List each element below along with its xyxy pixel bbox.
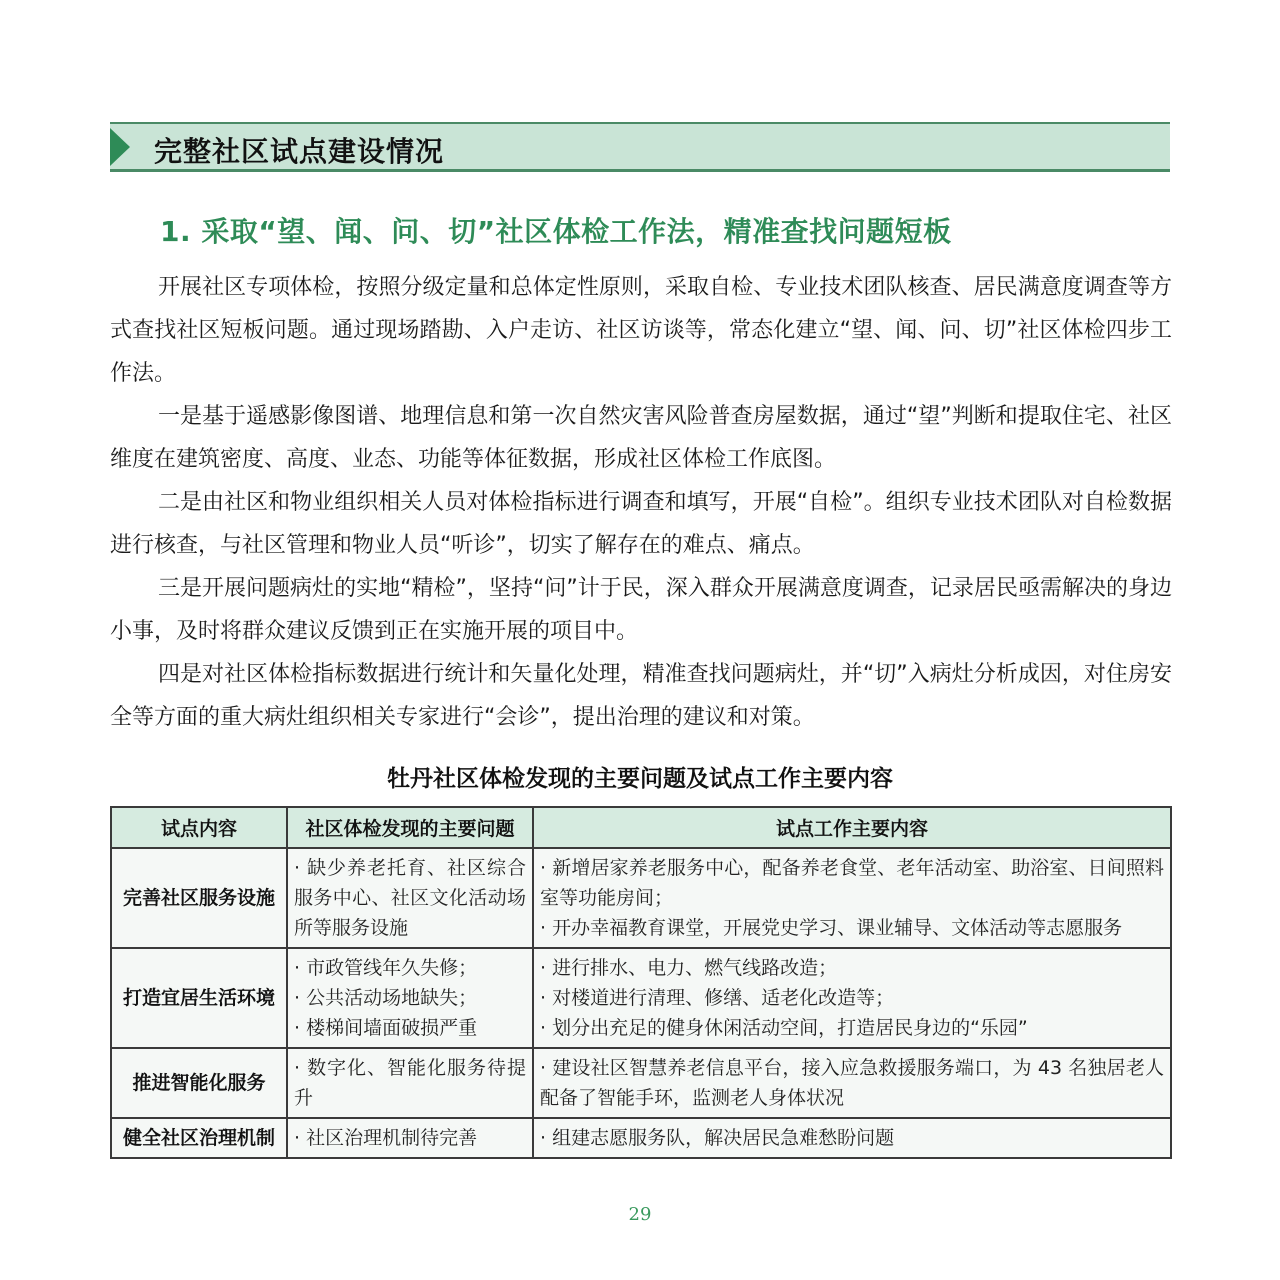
table-row: 完善社区服务设施 · 缺少养老托育、社区综合服务中心、社区文化活动场所等服务设施… [111, 848, 1171, 948]
work-line: · 对楼道进行清理、修缮、适老化改造等； [540, 983, 1164, 1013]
cell-item: 推进智能化服务 [111, 1048, 287, 1118]
issue-line: · 市政管线年久失修； [294, 953, 526, 983]
section-banner: 完整社区试点建设情况 [110, 122, 1170, 172]
work-line: · 组建志愿服务队，解决居民急难愁盼问题 [540, 1123, 1164, 1153]
cell-work: · 组建志愿服务队，解决居民急难愁盼问题 [533, 1118, 1171, 1158]
subheading: 1. 采取“望、闻、问、切”社区体检工作法，精准查找问题短板 [160, 210, 952, 250]
cell-work: · 新增居家养老服务中心，配备养老食堂、老年活动室、助浴室、日间照料室等功能房间… [533, 848, 1171, 948]
cell-item: 完善社区服务设施 [111, 848, 287, 948]
cell-work: · 建设社区智慧养老信息平台，接入应急救援服务端口，为 43 名独居老人配备了智… [533, 1048, 1171, 1118]
work-line: · 开办幸福教育课堂，开展党史学习、课业辅导、文体活动等志愿服务 [540, 913, 1164, 943]
table-row: 推进智能化服务 · 数字化、智能化服务待提升 · 建设社区智慧养老信息平台，接入… [111, 1048, 1171, 1118]
page-number: 29 [0, 1204, 1280, 1225]
work-line: · 进行排水、电力、燃气线路改造； [540, 953, 1164, 983]
section-title: 完整社区试点建设情况 [154, 130, 444, 170]
paragraph-intro: 开展社区专项体检，按照分级定量和总体定性原则，采取自检、专业技术团队核查、居民满… [110, 266, 1172, 395]
table-header-row: 试点内容 社区体检发现的主要问题 试点工作主要内容 [111, 807, 1171, 848]
cell-issues: · 缺少养老托育、社区综合服务中心、社区文化活动场所等服务设施 [287, 848, 533, 948]
table-row: 健全社区治理机制 · 社区治理机制待完善 · 组建志愿服务队，解决居民急难愁盼问… [111, 1118, 1171, 1158]
header-item: 试点内容 [111, 807, 287, 848]
cell-item: 打造宜居生活环境 [111, 948, 287, 1048]
header-issues: 社区体检发现的主要问题 [287, 807, 533, 848]
paragraph-step-1: 一是基于遥感影像图谱、地理信息和第一次自然灾害风险普查房屋数据，通过“望”判断和… [110, 395, 1172, 481]
table-caption: 牡丹社区体检发现的主要问题及试点工作主要内容 [110, 760, 1170, 793]
body-text: 开展社区专项体检，按照分级定量和总体定性原则，采取自检、专业技术团队核查、居民满… [110, 266, 1172, 739]
paragraph-step-3: 三是开展问题病灶的实地“精检”，坚持“问”计于民，深入群众开展满意度调查，记录居… [110, 567, 1172, 653]
cell-work: · 进行排水、电力、燃气线路改造； · 对楼道进行清理、修缮、适老化改造等； ·… [533, 948, 1171, 1048]
paragraph-step-2: 二是由社区和物业组织相关人员对体检指标进行调查和填写，开展“自检”。组织专业技术… [110, 481, 1172, 567]
summary-table: 试点内容 社区体检发现的主要问题 试点工作主要内容 完善社区服务设施 · 缺少养… [110, 806, 1172, 1159]
issue-line: · 公共活动场地缺失； [294, 983, 526, 1013]
header-work: 试点工作主要内容 [533, 807, 1171, 848]
cell-issues: · 社区治理机制待完善 [287, 1118, 533, 1158]
cell-issues: · 市政管线年久失修； · 公共活动场地缺失； · 楼梯间墙面破损严重 [287, 948, 533, 1048]
paragraph-step-4: 四是对社区体检指标数据进行统计和矢量化处理，精准查找问题病灶，并“切”入病灶分析… [110, 653, 1172, 739]
issue-line: · 社区治理机制待完善 [294, 1123, 526, 1153]
table-row: 打造宜居生活环境 · 市政管线年久失修； · 公共活动场地缺失； · 楼梯间墙面… [111, 948, 1171, 1048]
cell-item: 健全社区治理机制 [111, 1118, 287, 1158]
work-line: · 划分出充足的健身休闲活动空间，打造居民身边的“乐园” [540, 1013, 1164, 1043]
cell-issues: · 数字化、智能化服务待提升 [287, 1048, 533, 1118]
issue-line: · 楼梯间墙面破损严重 [294, 1013, 526, 1043]
issue-line: · 数字化、智能化服务待提升 [294, 1053, 526, 1113]
issue-line: · 缺少养老托育、社区综合服务中心、社区文化活动场所等服务设施 [294, 853, 526, 943]
triangle-marker-icon [110, 128, 130, 166]
work-line: · 新增居家养老服务中心，配备养老食堂、老年活动室、助浴室、日间照料室等功能房间… [540, 853, 1164, 913]
work-line: · 建设社区智慧养老信息平台，接入应急救援服务端口，为 43 名独居老人配备了智… [540, 1053, 1164, 1113]
